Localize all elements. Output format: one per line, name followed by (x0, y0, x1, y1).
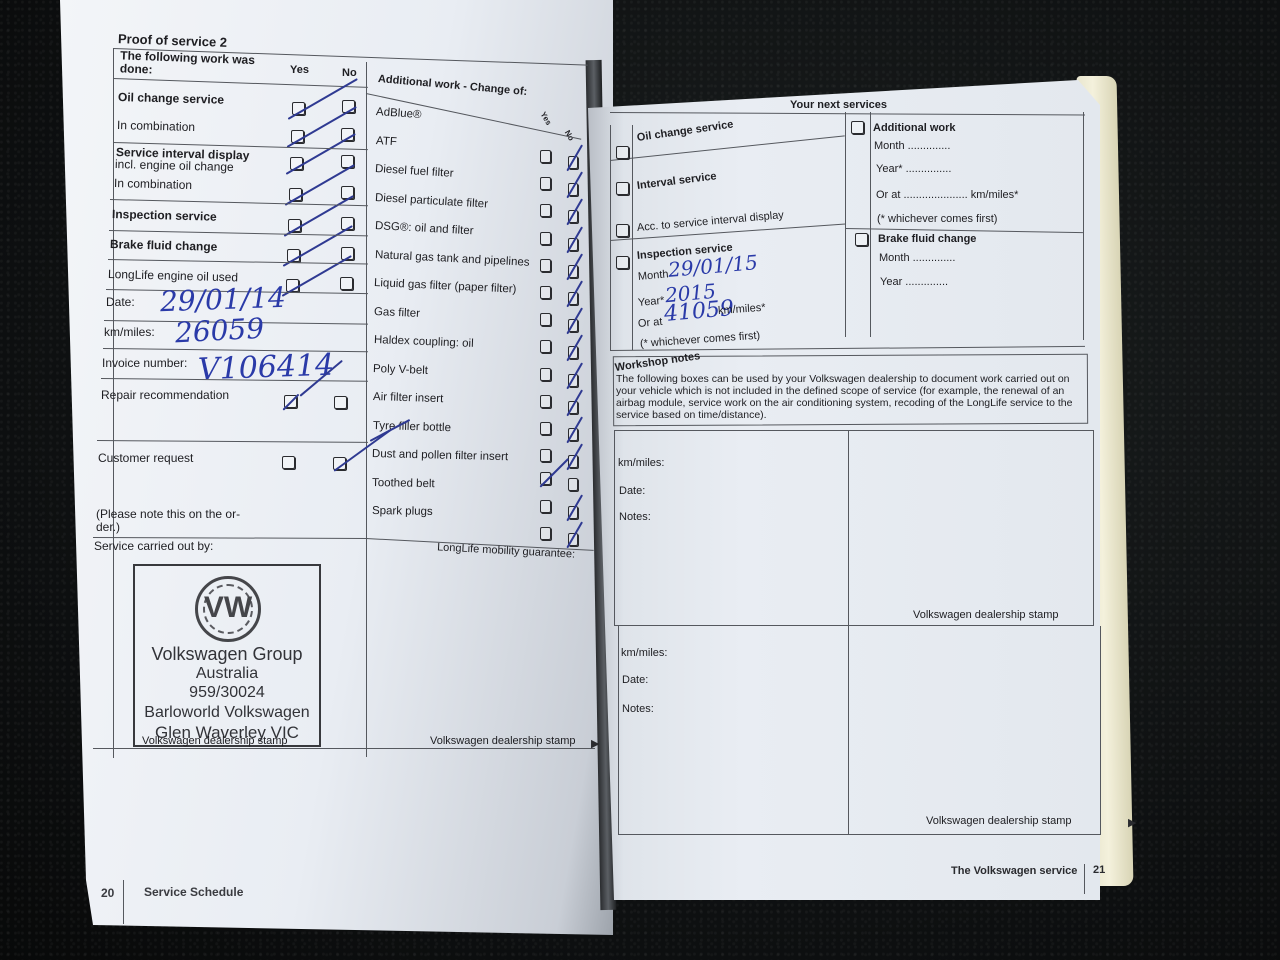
notes1-date-label: Date: (619, 485, 645, 497)
notes1-notes-label: Notes: (619, 511, 651, 523)
additional-whichever: (* whichever comes first) (877, 213, 997, 225)
notes2-stamp-caption: Volkswagen dealership stamp (926, 815, 1072, 827)
additional-or-at: Or at ..................... km/miles* (876, 189, 1018, 201)
km-handwritten-value: 26059 (174, 312, 265, 350)
additional-item-label: Air filter insert (373, 391, 444, 405)
additional-yes-checkbox[interactable] (540, 232, 551, 245)
additional-yes-checkbox[interactable] (540, 177, 551, 190)
notes-box-2 (618, 626, 1101, 835)
additional-year: Year* ............... (876, 163, 951, 175)
additional-item-label: Spark plugs (372, 505, 433, 518)
notes1-stamp-caption: Volkswagen dealership stamp (913, 609, 1059, 621)
km-label: km/miles: (104, 325, 155, 339)
left-next-arrow-icon[interactable]: ▶ (591, 737, 599, 750)
notes2-date-label: Date: (622, 674, 648, 686)
additional-yes-checkbox[interactable] (540, 368, 551, 381)
right-footer-title: The Volkswagen service (951, 865, 1077, 877)
col-no-label: No (342, 67, 357, 79)
brake-fluid-checkbox[interactable] (855, 233, 868, 246)
next-page-arrow-icon[interactable]: ▶ (1128, 816, 1136, 829)
additional-yes-checkbox[interactable] (540, 286, 551, 299)
order-note-line1: (Please note this on the or- (96, 507, 240, 521)
work-done-header: The following work was done: (120, 49, 271, 80)
repair-recommendation-label: Repair recommendation (101, 388, 229, 402)
additional-yes-checkbox[interactable] (540, 449, 551, 462)
additional-month: Month .............. (874, 140, 950, 152)
next-interval-checkbox[interactable] (616, 182, 629, 195)
work-item-no-checkbox[interactable] (340, 277, 353, 290)
date-label: Date: (106, 295, 135, 309)
repair-no-checkbox[interactable] (334, 396, 347, 409)
additional-item-label: Gas filter (374, 306, 420, 320)
notes2-km-label: km/miles: (621, 647, 667, 659)
work-item-label: Oil change service (118, 90, 224, 107)
additional-yes-checkbox[interactable] (540, 204, 551, 217)
next-year-label: Year* (637, 295, 664, 309)
stamp-line-2: Australia (135, 665, 319, 683)
notes1-km-label: km/miles: (618, 457, 664, 469)
next-oil-change-checkbox[interactable] (616, 146, 629, 159)
left-page-number: 20 (101, 886, 114, 900)
customer-request-label: Customer request (98, 451, 193, 465)
next-inspection-checkbox[interactable] (616, 256, 629, 269)
work-item-label: In combination (114, 176, 192, 192)
customer-yes-checkbox[interactable] (282, 456, 295, 469)
work-item-label: Brake fluid change (110, 237, 218, 254)
stamp-caption-left: Volkswagen dealership stamp (142, 735, 288, 747)
order-note-line2: der.) (96, 520, 120, 534)
right-page-number: 21 (1093, 864, 1105, 876)
work-item-label: Inspection service (112, 207, 217, 224)
additional-yes-checkbox[interactable] (540, 313, 551, 326)
dealer-stamp: VW Volkswagen Group Australia 959/30024 … (133, 564, 321, 747)
additional-no-checkbox[interactable] (568, 478, 578, 491)
additional-item-label: Toothed belt (372, 477, 435, 490)
stamp-caption-mobility: Volkswagen dealership stamp (430, 735, 576, 747)
next-services-title: Your next services (790, 99, 887, 111)
additional-item-label: ATF (375, 135, 397, 148)
additional-yes-checkbox[interactable] (540, 340, 551, 353)
additional-yes-checkbox[interactable] (540, 395, 551, 408)
next-acc-interval-checkbox[interactable] (616, 224, 629, 237)
brake-year: Year .............. (880, 276, 948, 288)
vw-logo-icon: VW (195, 576, 261, 642)
invoice-label: Invoice number: (102, 356, 187, 370)
stamp-line-1: Volkswagen Group (135, 644, 319, 665)
additional-work-label: Additional work (873, 122, 956, 134)
notes-box-1 (614, 430, 1094, 626)
brake-month: Month .............. (879, 252, 955, 264)
brake-fluid-label: Brake fluid change (878, 233, 976, 245)
work-item-label: In combination (117, 118, 195, 134)
date-handwritten-value: 29/01/14 (159, 281, 286, 318)
additional-yes-checkbox[interactable] (540, 527, 551, 540)
additional-yes-checkbox[interactable] (540, 150, 551, 163)
additional-work-checkbox[interactable] (851, 121, 864, 134)
additional-yes-checkbox[interactable] (540, 259, 551, 272)
col-yes-label: Yes (290, 64, 309, 76)
stamp-line-3: 959/30024 (135, 684, 319, 702)
notes2-notes-label: Notes: (622, 703, 654, 715)
additional-item-label: Poly V-belt (373, 363, 428, 377)
additional-yes-checkbox[interactable] (540, 422, 551, 435)
stamp-line-4: Barloworld Volkswagen (135, 704, 319, 722)
left-footer-title: Service Schedule (144, 885, 243, 899)
service-carried-out-label: Service carried out by: (94, 539, 213, 553)
workshop-notes-text: The following boxes can be used by your … (616, 373, 1086, 421)
next-or-at-label: Or at (637, 316, 662, 330)
additional-yes-checkbox[interactable] (540, 500, 551, 513)
